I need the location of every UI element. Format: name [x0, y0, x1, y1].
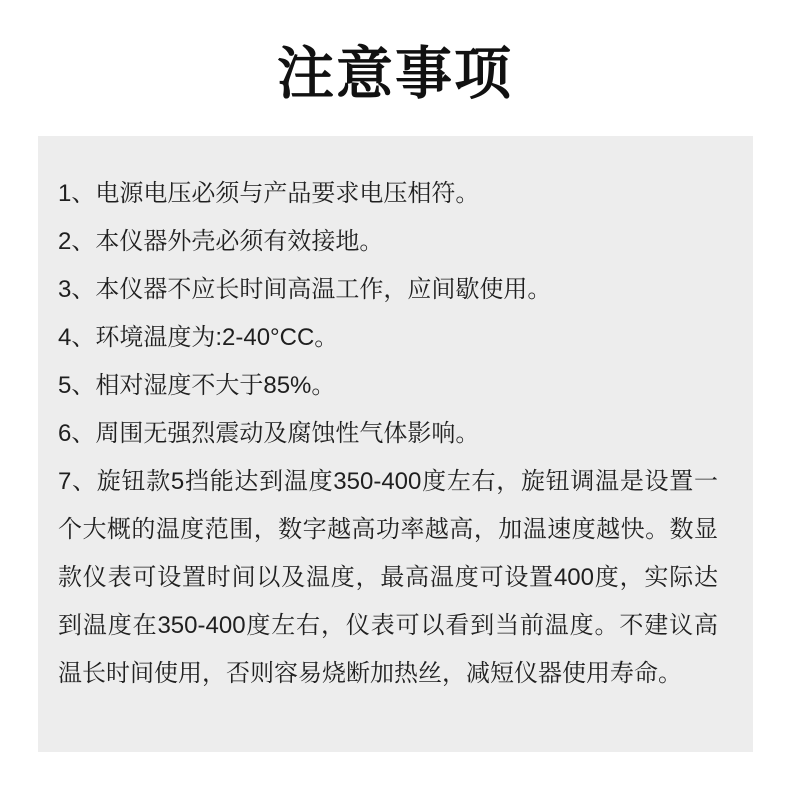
note-item-2: 2、本仪器外壳必须有效接地。 — [58, 218, 718, 266]
page: { "title": "注意事项", "colors": { "page_bg"… — [0, 0, 790, 800]
note-item-6: 6、周围无强烈震动及腐蚀性气体影响。 — [58, 410, 718, 458]
notes-list: 1、电源电压必须与产品要求电压相符。 2、本仪器外壳必须有效接地。 3、本仪器不… — [58, 170, 718, 698]
notes-panel: 1、电源电压必须与产品要求电压相符。 2、本仪器外壳必须有效接地。 3、本仪器不… — [38, 136, 753, 752]
page-title: 注意事项 — [0, 38, 790, 110]
note-item-5: 5、相对湿度不大于85%。 — [58, 362, 718, 410]
note-item-4: 4、环境温度为:2-40°CC。 — [58, 314, 718, 362]
note-item-1: 1、电源电压必须与产品要求电压相符。 — [58, 170, 718, 218]
note-item-3: 3、本仪器不应长时间高温工作，应间歇使用。 — [58, 266, 718, 314]
note-item-7: 7、旋钮款5挡能达到温度350-400度左右，旋钮调温是设置一个大概的温度范围，… — [58, 458, 718, 698]
